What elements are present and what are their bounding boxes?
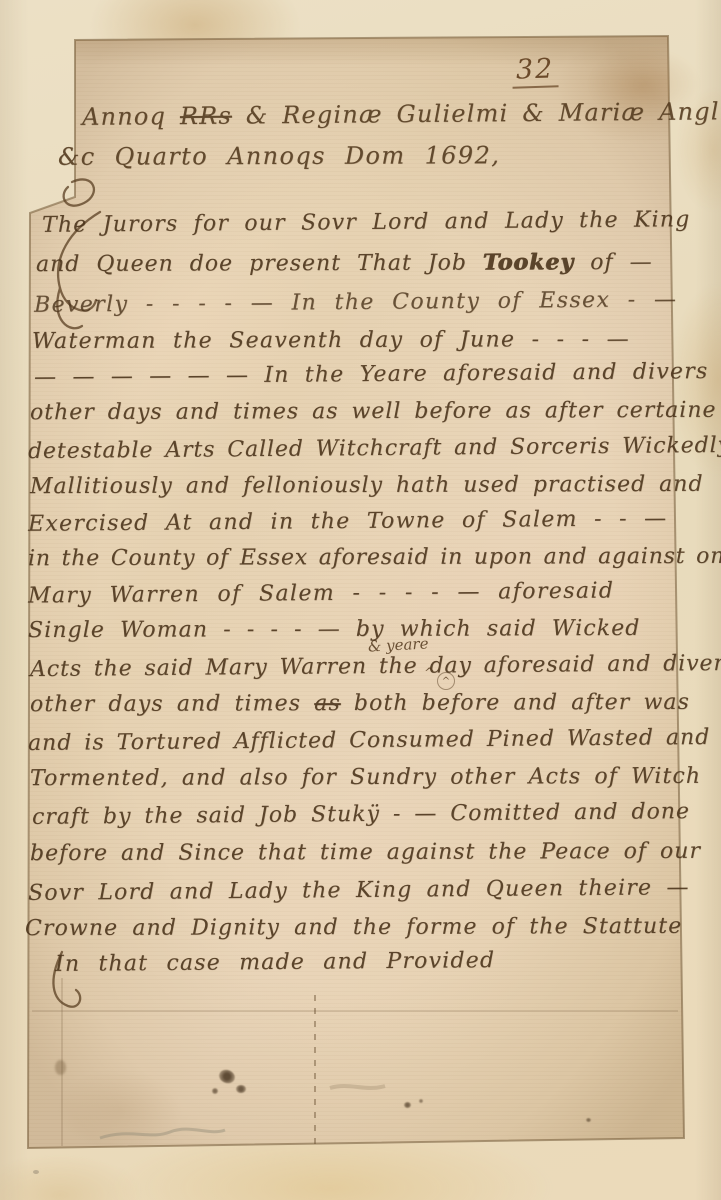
- manuscript-line: and is Tortured Afflicted Consumed Pined…: [28, 725, 711, 756]
- line-segment: other days and times: [30, 691, 314, 717]
- header-line-1: Annoq RRs & Reginæ Gulielmi & Mariæ Angl…: [82, 97, 721, 131]
- manuscript-line: other days and times as well before as a…: [30, 398, 717, 425]
- manuscript-line: Mary Warren of Salem - - - - — aforesaid: [28, 578, 615, 608]
- manuscript-text: Annoq RRs & Reginæ Gulielmi & Mariæ Angl…: [0, 0, 721, 1200]
- line-segment: of —: [574, 250, 652, 275]
- interlinear-insertion: & yeare: [368, 634, 429, 655]
- manuscript-line: Beverly - - - - — In the County of Essex…: [34, 287, 678, 318]
- header-regina: & Reginæ Gulielmi & Mariæ Angliæ: [232, 97, 721, 130]
- struck-word: as: [314, 691, 341, 716]
- manuscript-line: In that case made and Provided: [55, 948, 495, 977]
- header-rrs-abbrev: RRs: [180, 102, 232, 130]
- manuscript-line: other days and times as both before and …: [30, 690, 690, 717]
- manuscript-line: detestable Arts Called Witchcraft and So…: [28, 433, 721, 464]
- manuscript-line: The Jurors for our Sovr Lord and Lady th…: [42, 207, 691, 238]
- header-line-2: &c Quarto Annoqs Dom 1692,: [58, 141, 500, 171]
- manuscript-line: and Queen doe present That Job Tookey of…: [36, 249, 653, 277]
- manuscript-line: Tormented, and also for Sundry other Act…: [30, 764, 701, 791]
- manuscript-line: Exercised At and in the Towne of Salem -…: [28, 506, 668, 537]
- manuscript-line: Single Woman - - - - — by which said Wic…: [28, 616, 641, 643]
- manuscript-line: Acts the said Mary Warren the day afores…: [30, 651, 721, 682]
- caret-glyph: ^: [442, 676, 450, 687]
- manuscript-line: Crowne and Dignity and the forme of the …: [25, 914, 682, 941]
- header-anno: Annoq: [82, 102, 180, 131]
- photo-mount: 32 Annoq RRs & Reginæ Gulielmi & Mariæ A…: [0, 0, 721, 1200]
- manuscript-line: before and Since that time against the P…: [30, 839, 701, 866]
- manuscript-line: craft by the said Job Stukÿ - — Comitted…: [32, 799, 690, 830]
- manuscript-line: Waterman the Seaventh day of June - - - …: [32, 327, 630, 354]
- manuscript-line: in the County of Essex aforesaid in upon…: [28, 544, 721, 571]
- line-segment: both before and after was: [341, 690, 690, 716]
- insertion-caret: ^: [424, 666, 435, 681]
- manuscript-line: Sovr Lord and Lady the King and Queen th…: [28, 875, 690, 906]
- manuscript-line: Mallitiously and felloniously hath used …: [30, 472, 704, 499]
- line-segment: and Queen doe present That Job: [36, 251, 483, 278]
- manuscript-line: — — — — — — In the Yeare aforesaid and d…: [34, 359, 709, 390]
- insertion-caret-circled: ^: [437, 672, 455, 690]
- overwritten-name: Tookey: [483, 249, 574, 275]
